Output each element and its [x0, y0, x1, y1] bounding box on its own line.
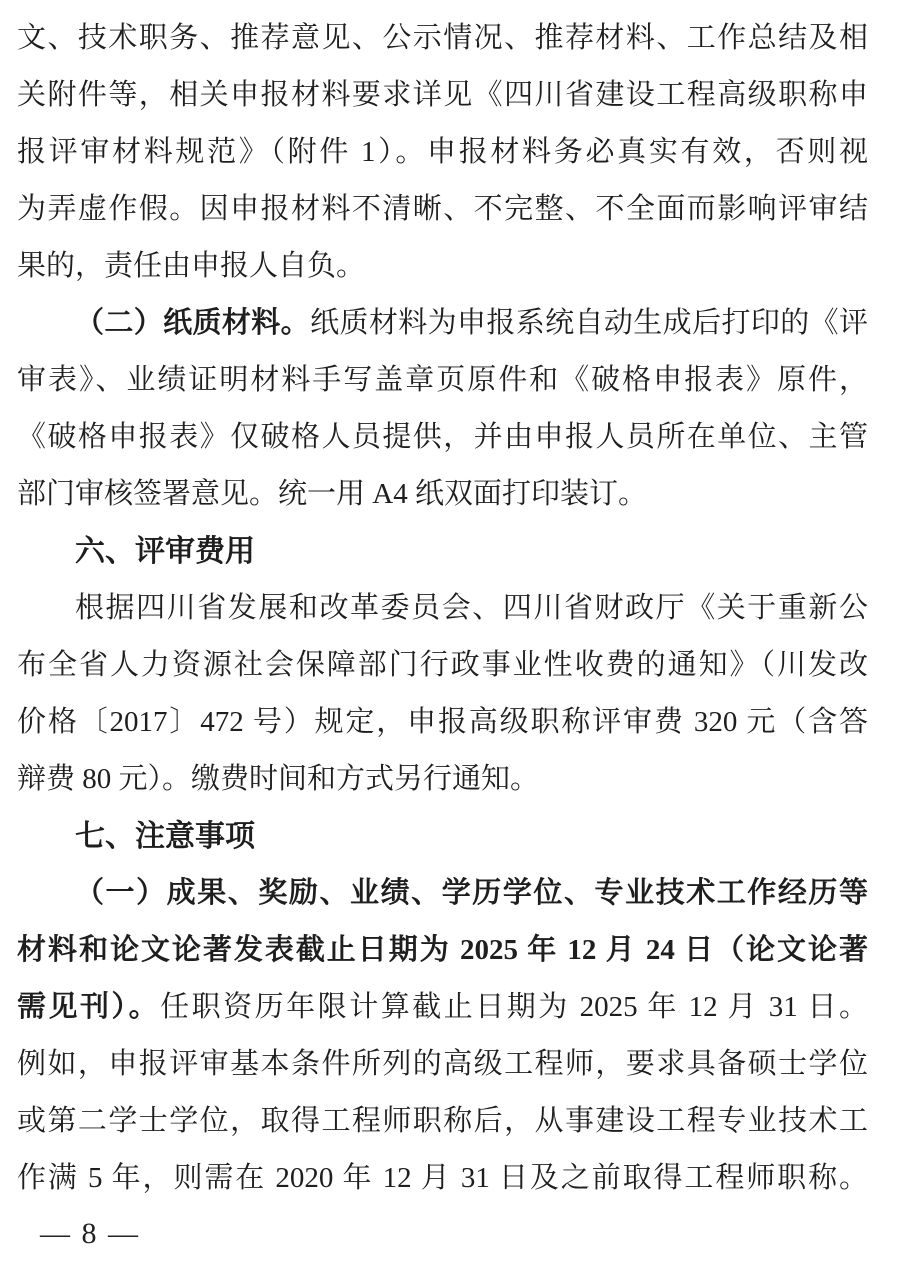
text-segment: 《破格申报表》仅破格人员提供，并由申报人员所在单位、主管: [17, 421, 868, 453]
text-line-20: 或第二学士学位，取得工程师职称后，从事建设工程专业技术工: [17, 1093, 868, 1150]
document-page: 文、技术职务、推荐意见、公示情况、推荐材料、工作总结及相关附件等，相关申报材料要…: [0, 0, 900, 1274]
text-segment: 或第二学士学位，取得工程师职称后，从事建设工程专业技术工: [17, 1105, 868, 1137]
text-segment: 为弄虚作假。因申报材料不清晰、不完整、不全面而影响评审结: [17, 193, 868, 225]
text-line-1: 文、技术职务、推荐意见、公示情况、推荐材料、工作总结及相: [17, 10, 868, 67]
text-line-5: 果的，责任由申报人自负。: [17, 238, 868, 295]
text-segment: 辩费 80 元）。缴费时间和方式另行通知。: [17, 763, 539, 795]
text-line-9: 部门审核签署意见。统一用 A4 纸双面打印装订。: [17, 466, 868, 523]
text-line-11: 根据四川省发展和改革委员会、四川省财政厅《关于重新公: [17, 580, 868, 637]
text-segment: 根据四川省发展和改革委员会、四川省财政厅《关于重新公: [75, 592, 868, 624]
page-content: 文、技术职务、推荐意见、公示情况、推荐材料、工作总结及相关附件等，相关申报材料要…: [17, 10, 868, 1207]
text-line-8: 《破格申报表》仅破格人员提供，并由申报人员所在单位、主管: [17, 409, 868, 466]
text-segment: （二）纸质材料。: [75, 307, 310, 339]
text-line-18: 需见刊）。任职资历年限计算截止日期为 2025 年 12 月 31 日。: [17, 979, 868, 1036]
text-line-12: 布全省人力资源社会保障部门行政事业性收费的通知》（川发改: [17, 637, 868, 694]
text-segment: 关附件等，相关申报材料要求详见《四川省建设工程高级职称申: [17, 79, 868, 111]
text-line-21: 作满 5 年，则需在 2020 年 12 月 31 日及之前取得工程师职称。: [17, 1150, 868, 1207]
text-line-14: 辩费 80 元）。缴费时间和方式另行通知。: [17, 751, 868, 808]
heading-notes: 七、注意事项: [17, 808, 868, 865]
text-segment: （一）成果、奖励、业绩、学历学位、专业技术工作经历等: [75, 877, 868, 909]
text-line-17: 材料和论文论著发表截止日期为 2025 年 12 月 24 日（论文论著: [17, 922, 868, 979]
page-number: — 8 —: [40, 1212, 140, 1256]
text-segment: 文、技术职务、推荐意见、公示情况、推荐材料、工作总结及相: [17, 22, 868, 54]
text-segment: 七、注意事项: [75, 820, 255, 853]
text-segment: 例如，申报评审基本条件所列的高级工程师，要求具备硕士学位: [17, 1048, 868, 1080]
text-line-6: （二）纸质材料。纸质材料为申报系统自动生成后打印的《评: [17, 295, 868, 352]
text-line-16: （一）成果、奖励、业绩、学历学位、专业技术工作经历等: [17, 865, 868, 922]
text-segment: 果的，责任由申报人自负。: [17, 250, 365, 282]
text-line-3: 报评审材料规范》（附件 1）。申报材料务必真实有效，否则视: [17, 124, 868, 181]
text-line-7: 审表》、业绩证明材料手写盖章页原件和《破格申报表》原件，: [17, 352, 868, 409]
text-segment: 报评审材料规范》（附件 1）。申报材料务必真实有效，否则视: [17, 136, 868, 168]
text-segment: 需见刊）。: [17, 991, 160, 1023]
text-lines: 文、技术职务、推荐意见、公示情况、推荐材料、工作总结及相关附件等，相关申报材料要…: [17, 10, 868, 1207]
text-segment: 纸质材料为申报系统自动生成后打印的《评: [310, 307, 868, 339]
text-segment: 六、评审费用: [75, 535, 255, 568]
text-line-19: 例如，申报评审基本条件所列的高级工程师，要求具备硕士学位: [17, 1036, 868, 1093]
text-segment: 审表》、业绩证明材料手写盖章页原件和《破格申报表》原件，: [17, 364, 868, 396]
text-segment: 部门审核签署意见。统一用 A4 纸双面打印装订。: [17, 478, 647, 510]
text-line-13: 价格〔2017〕472 号）规定，申报高级职称评审费 320 元（含答: [17, 694, 868, 751]
text-line-2: 关附件等，相关申报材料要求详见《四川省建设工程高级职称申: [17, 67, 868, 124]
heading-review-fee: 六、评审费用: [17, 523, 868, 580]
text-segment: 材料和论文论著发表截止日期为 2025 年 12 月 24 日（论文论著: [17, 934, 868, 966]
text-segment: 布全省人力资源社会保障部门行政事业性收费的通知》（川发改: [17, 649, 868, 681]
text-line-4: 为弄虚作假。因申报材料不清晰、不完整、不全面而影响评审结: [17, 181, 868, 238]
text-segment: 作满 5 年，则需在 2020 年 12 月 31 日及之前取得工程师职称。: [17, 1162, 868, 1194]
text-segment: 任职资历年限计算截止日期为 2025 年 12 月 31 日。: [160, 991, 868, 1023]
text-segment: 价格〔2017〕472 号）规定，申报高级职称评审费 320 元（含答: [17, 706, 868, 738]
